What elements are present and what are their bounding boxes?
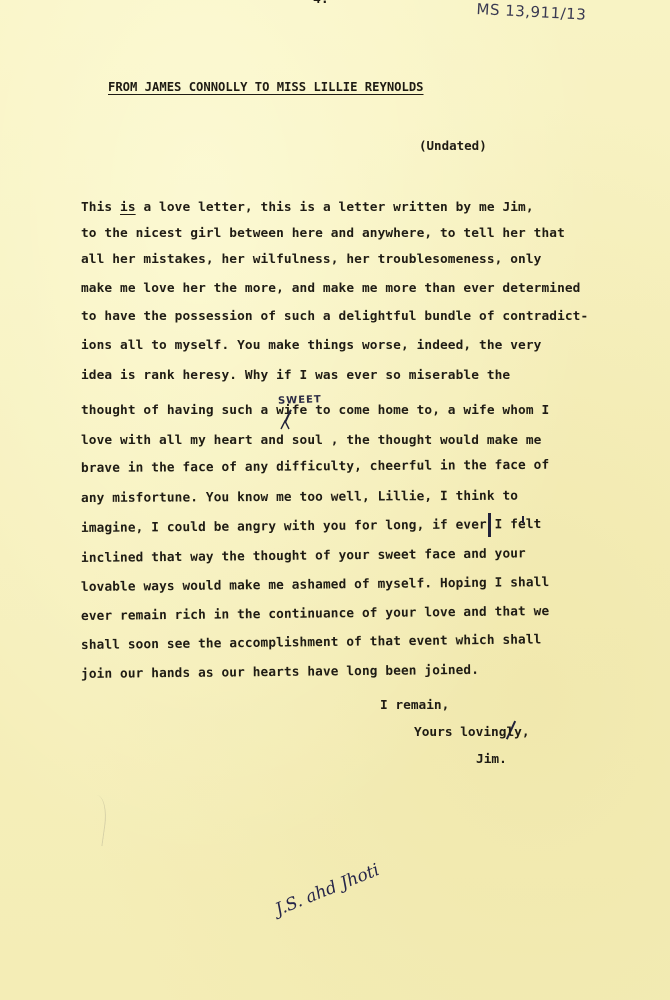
- closing-signature: Jim.: [476, 752, 507, 767]
- body-text: idea is rank heresy. Why if I was ever s…: [81, 368, 510, 383]
- body-text: to the nicest girl between here and anyw…: [81, 226, 565, 241]
- body-line: idea is rank heresy. Why if I was ever s…: [81, 368, 510, 383]
- handwritten-comma-mark: [522, 516, 524, 523]
- closing-line-1: I remain,: [380, 698, 449, 713]
- body-text: This: [81, 200, 120, 215]
- page-number: 4.: [313, 0, 329, 7]
- body-text: a love letter, this is a letter written …: [136, 200, 534, 215]
- body-text: any misfortune. You know me too well, Li…: [81, 489, 518, 506]
- body-line: any misfortune. You know me too well, Li…: [81, 489, 518, 506]
- body-line: make me love her the more, and make me m…: [81, 281, 580, 296]
- date-note: (Undated): [419, 138, 487, 153]
- body-text: make me love her the more, and make me m…: [81, 281, 580, 296]
- body-text: to have the possession of such a delight…: [81, 309, 588, 324]
- body-line: This is a love letter, this is a letter …: [81, 200, 534, 215]
- body-text: love with all my heart and soul , the th…: [81, 433, 541, 448]
- handwritten-capital-mark: [488, 513, 491, 537]
- handwritten-insertion: SWEET: [278, 394, 322, 407]
- emphasized-word: is: [120, 200, 136, 215]
- body-line: to have the possession of such a delight…: [81, 309, 588, 324]
- body-line: all her mistakes, her wilfulness, her tr…: [81, 252, 541, 267]
- closing-line-2: Yours lovingly,: [414, 725, 530, 740]
- body-line: to the nicest girl between here and anyw…: [81, 226, 565, 241]
- body-line: love with all my heart and soul , the th…: [81, 433, 541, 448]
- body-text: all her mistakes, her wilfulness, her tr…: [81, 252, 541, 267]
- body-text: ions all to myself. You make things wors…: [81, 338, 541, 353]
- body-line: ions all to myself. You make things wors…: [81, 338, 541, 353]
- letter-title: FROM JAMES CONNOLLY TO MISS LILLIE REYNO…: [108, 80, 424, 94]
